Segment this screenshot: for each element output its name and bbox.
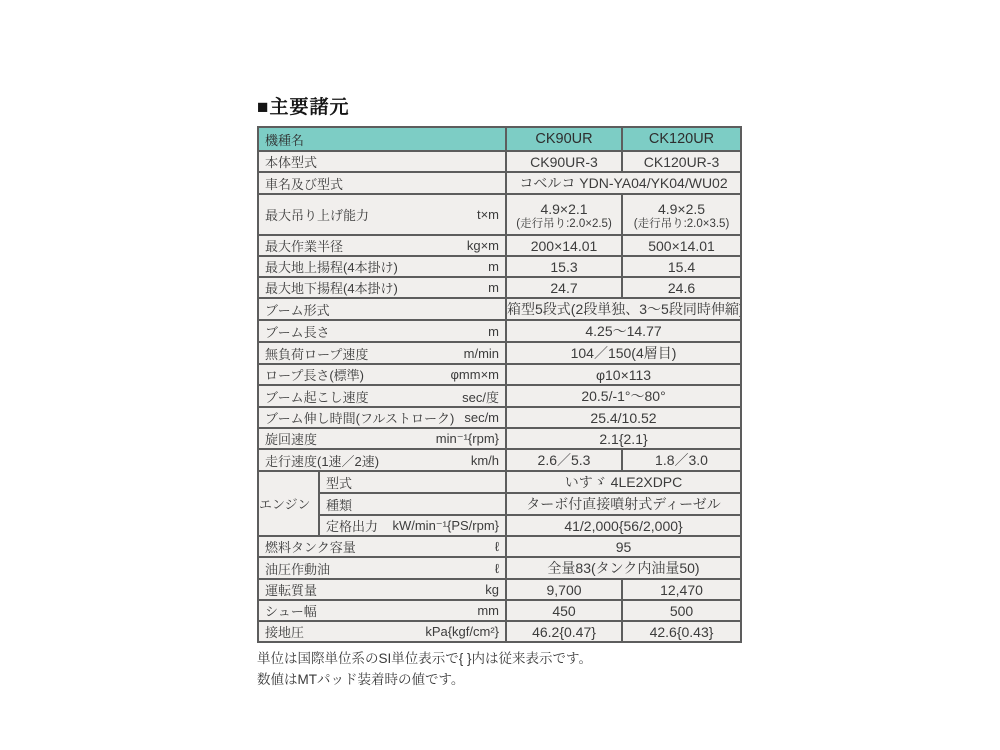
spec-row-ground-pressure: 接地圧kPa{kgf/cm²} 46.2{0.47} 42.6{0.43} [258,621,741,642]
spec-row-body-model: 本体型式 CK90UR-3 CK120UR-3 [258,151,741,172]
header-label-cell: 機種名 [258,127,506,151]
row-value-span: いすゞ 4LE2XDPC [506,471,741,493]
row-label: 最大作業半径 [265,236,343,255]
row-value-1: 2.6／5.3 [506,449,622,471]
spec-row-engine-type: 種類 ターボ付直接噴射式ディーゼル [258,493,741,515]
row-label: 旋回速度 [265,429,317,448]
spec-row-travel-speed: 走行速度(1速／2速)km/h 2.6／5.3 1.8／3.0 [258,449,741,471]
row-value-span: 4.25〜14.77 [506,320,741,342]
row-label: ブーム形式 [265,300,330,319]
spec-row-max-working-radius: 最大作業半径kg×m 200×14.01 500×14.01 [258,235,741,256]
row-label: 最大地下揚程(4本掛け) [265,278,398,297]
row-value-span: 95 [506,536,741,557]
row-label: 油圧作動油 [265,559,330,578]
spec-row-boom-raising-speed: ブーム起こし速度sec/度 20.5/-1°〜80° [258,385,741,407]
spec-row-hydraulic-oil: 油圧作動油ℓ 全量83(タンク内油量50) [258,557,741,579]
row-value-1: 4.9×2.1(走行吊り:2.0×2.5) [506,194,622,235]
row-value-span: 2.1{2.1} [506,428,741,449]
row-value-span: 箱型5段式(2段単独、3〜5段同時伸縮) [506,298,741,320]
row-unit: ℓ [495,561,499,576]
row-label: 走行速度(1速／2速) [265,451,379,470]
row-unit: m [488,324,499,339]
row-value-span: 全量83(タンク内油量50) [506,557,741,579]
row-value-2: 42.6{0.43} [622,621,741,642]
row-label: 本体型式 [265,152,317,171]
row-label: 種類 [326,495,352,514]
row-label: 型式 [326,473,352,492]
row-label: ブーム伸し時間(フルストローク) [265,408,454,427]
row-value-2: 500 [622,600,741,621]
row-value-2: 4.9×2.5(走行吊り:2.0×3.5) [622,194,741,235]
spec-row-vehicle-model: 車名及び型式 コベルコ YDN-YA04/YK04/WU02 [258,172,741,194]
row-label: 最大吊り上げ能力 [265,205,369,224]
row-unit: min⁻¹{rpm} [436,431,499,447]
row-label: 定格出力 [326,516,378,535]
header-model-2: CK120UR [622,127,741,151]
header-model-1: CK90UR [506,127,622,151]
page-title: ■主要諸元 [257,92,740,119]
row-unit: mm [477,603,499,618]
row-unit: m [488,280,499,295]
row-label: 燃料タンク容量 [265,537,356,556]
spec-row-swing-speed: 旋回速度min⁻¹{rpm} 2.1{2.1} [258,428,741,449]
spec-row-boom-type: ブーム形式 箱型5段式(2段単独、3〜5段同時伸縮) [258,298,741,320]
row-label: ブーム起こし速度 [265,387,369,406]
row-unit: m [488,259,499,274]
row-value-1: 450 [506,600,622,621]
row-label: 最大地上揚程(4本掛け) [265,257,398,276]
spec-row-engine-rated-output: 定格出力kW/min⁻¹{PS/rpm} 41/2,000{56/2,000} [258,515,741,536]
spec-row-engine-model: エンジン 型式 いすゞ 4LE2XDPC [258,471,741,493]
row-value-span: φ10×113 [506,364,741,385]
spec-table: 機種名 CK90UR CK120UR 本体型式 CK90UR-3 CK120UR… [257,126,742,643]
row-unit: sec/度 [462,387,499,406]
row-unit: kW/min⁻¹{PS/rpm} [392,518,499,534]
spec-row-max-lowering-depth: 最大地下揚程(4本掛け)m 24.7 24.6 [258,277,741,298]
footnote-mt-pad: 数値はMTパッド装着時の値です。 [257,669,740,690]
row-value-2: 500×14.01 [622,235,741,256]
footnotes: 単位は国際単位系のSI単位表示で{ }内は従来表示です。 数値はMTパッド装着時… [257,648,740,690]
row-value-span: 25.4/10.52 [506,407,741,428]
row-value-span: コベルコ YDN-YA04/YK04/WU02 [506,172,741,194]
row-value-1: 15.3 [506,256,622,277]
row-label: 無負荷ロープ速度 [265,344,368,363]
table-header-row: 機種名 CK90UR CK120UR [258,127,741,151]
row-unit: φmm×m [451,367,500,382]
row-value-1: 200×14.01 [506,235,622,256]
spec-row-max-lifting-height: 最大地上揚程(4本掛け)m 15.3 15.4 [258,256,741,277]
row-unit: kg×m [467,238,499,253]
row-unit: km/h [471,453,499,468]
spec-row-shoe-width: シュー幅mm 450 500 [258,600,741,621]
row-value-span: 104／150(4層目) [506,342,741,364]
footnote-units: 単位は国際単位系のSI単位表示で{ }内は従来表示です。 [257,648,740,669]
spec-sheet: ■主要諸元 機種名 CK90UR CK120UR 本体型式 CK90UR-3 C… [257,92,740,690]
spec-row-operating-mass: 運転質量kg 9,700 12,470 [258,579,741,600]
spec-row-boom-extension-time: ブーム伸し時間(フルストローク)sec/m 25.4/10.52 [258,407,741,428]
row-label: ロープ長さ(標準) [265,365,364,384]
row-unit: kg [485,582,499,597]
row-label: シュー幅 [265,601,317,620]
row-value-2: 24.6 [622,277,741,298]
row-value-1: 46.2{0.47} [506,621,622,642]
row-value-1: 9,700 [506,579,622,600]
row-value-span: ターボ付直接噴射式ディーゼル [506,493,741,515]
row-unit: ℓ [495,539,499,554]
spec-row-no-load-rope-speed: 無負荷ロープ速度m/min 104／150(4層目) [258,342,741,364]
spec-row-boom-length: ブーム長さm 4.25〜14.77 [258,320,741,342]
row-value-span: 41/2,000{56/2,000} [506,515,741,536]
row-value-1: 24.7 [506,277,622,298]
row-unit: sec/m [464,410,499,425]
row-label: ブーム長さ [265,322,330,341]
spec-row-fuel-tank-capacity: 燃料タンク容量ℓ 95 [258,536,741,557]
row-value-2: 1.8／3.0 [622,449,741,471]
header-label: 機種名 [265,130,304,149]
spec-row-max-lifting-capacity: 最大吊り上げ能力t×m 4.9×2.1(走行吊り:2.0×2.5) 4.9×2.… [258,194,741,235]
row-unit: m/min [464,346,499,361]
row-label: 運転質量 [265,580,317,599]
row-value-2: 15.4 [622,256,741,277]
row-value-2: 12,470 [622,579,741,600]
row-label: 車名及び型式 [265,174,343,193]
row-label: 接地圧 [265,622,304,641]
spec-row-rope-length: ロープ長さ(標準)φmm×m φ10×113 [258,364,741,385]
row-unit: kPa{kgf/cm²} [425,624,499,639]
row-unit: t×m [477,207,499,222]
row-value-1: CK90UR-3 [506,151,622,172]
row-value-span: 20.5/-1°〜80° [506,385,741,407]
engine-group-cell: エンジン [258,471,319,536]
row-value-2: CK120UR-3 [622,151,741,172]
